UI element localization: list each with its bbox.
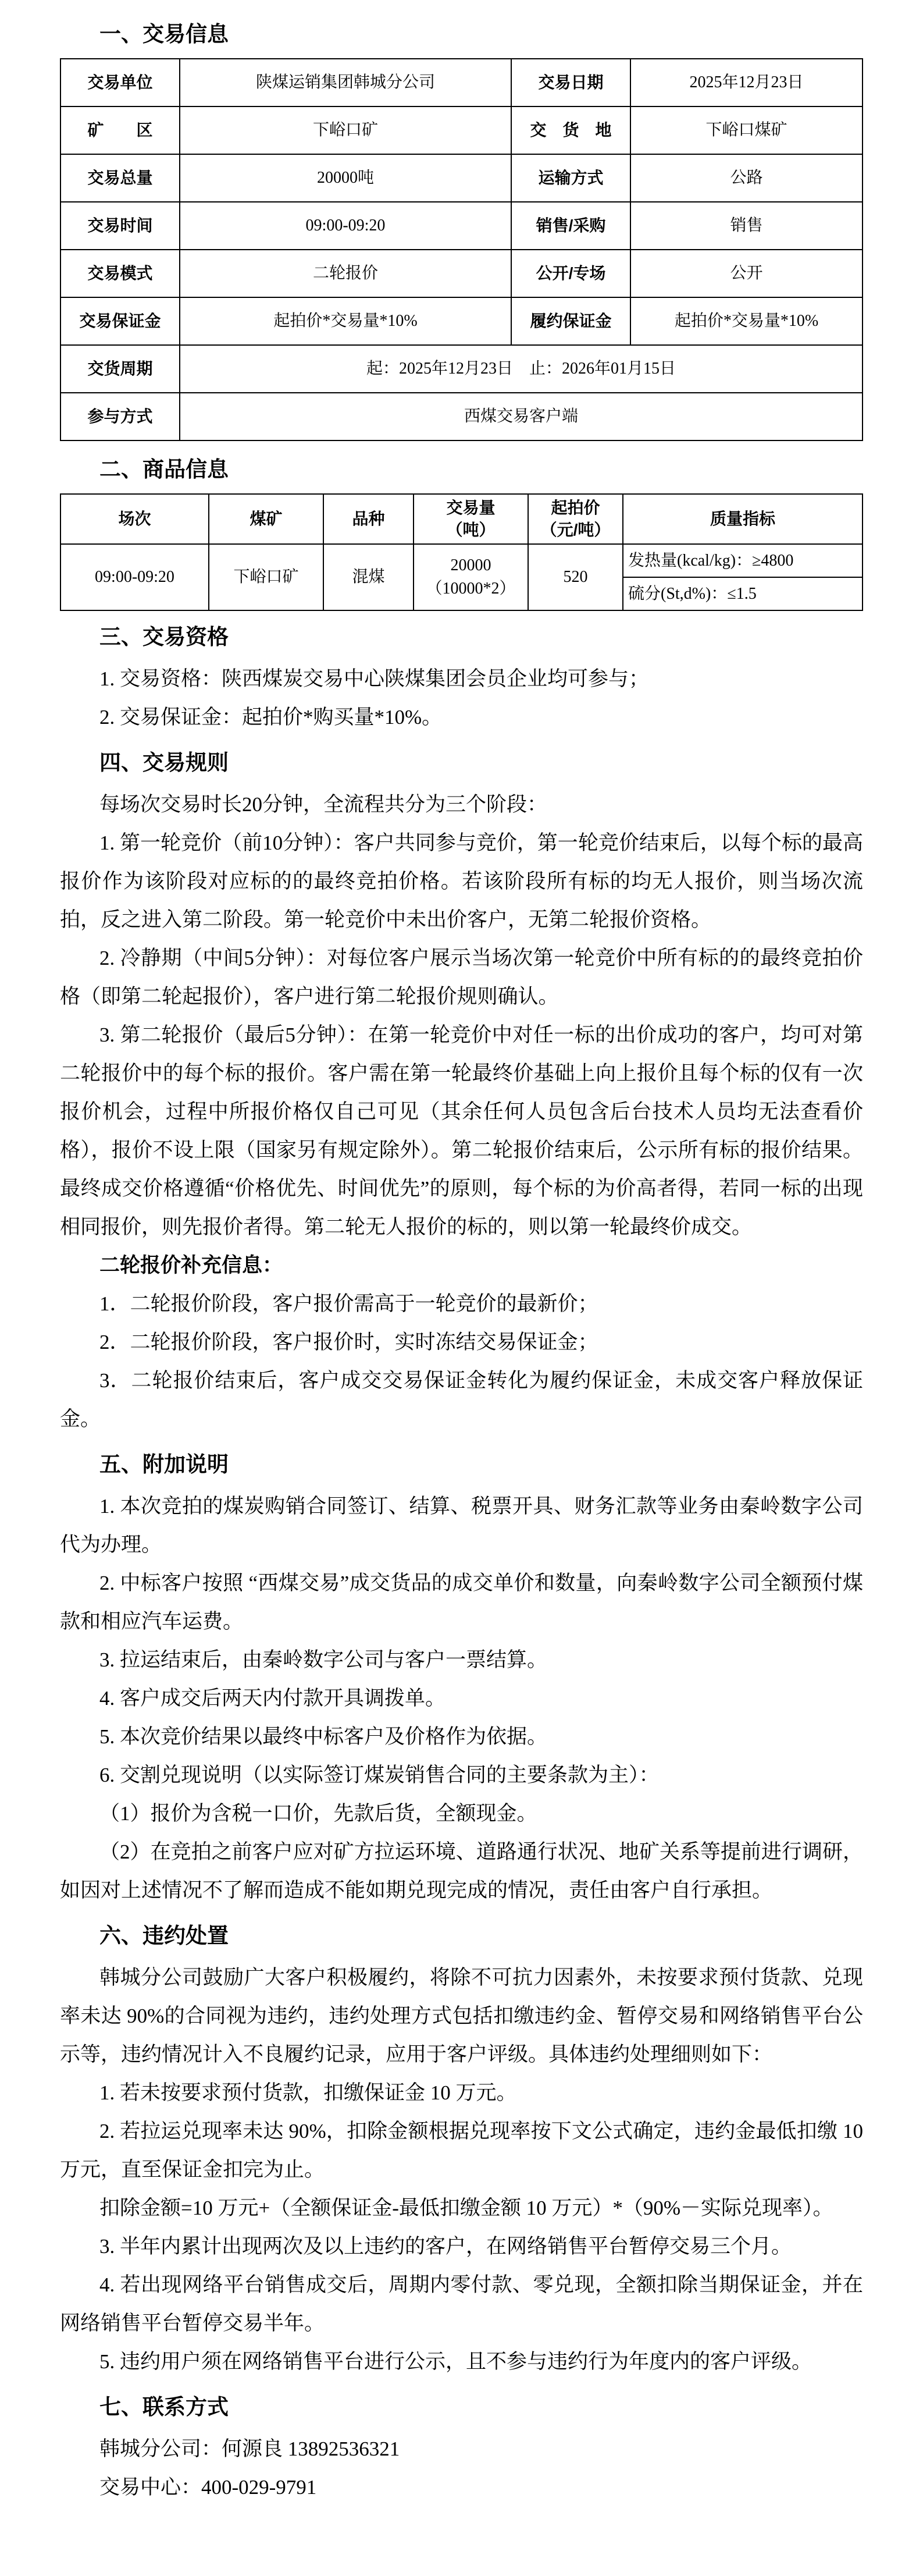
cell-mine: 下峪口矿 — [209, 544, 323, 610]
cell-volume-main: 20000 — [414, 554, 528, 577]
label-mine-area: 矿 区 — [60, 106, 180, 154]
value-open-or-special: 公开 — [630, 250, 863, 297]
heading-commodity-info: 二、商品信息 — [60, 452, 863, 488]
table-row: 交易保证金 起拍价*交易量*10% 履约保证金 起拍价*交易量*10% — [60, 297, 863, 345]
value-trade-time: 09:00-09:20 — [180, 202, 511, 250]
cell-session: 09:00-09:20 — [60, 544, 209, 610]
notes-item-6-sub-2: （2）在竞拍之前客户应对矿方拉运环境、道路通行状况、地矿关系等提前进行调研，如因… — [60, 1833, 863, 1910]
heading-additional-notes: 五、附加说明 — [60, 1447, 863, 1483]
rules-intro: 每场次交易时长20分钟，全流程共分为三个阶段： — [60, 786, 863, 824]
notes-item-6: 6. 交割兑现说明（以实际签订煤炭销售合同的主要条款为主）： — [60, 1756, 863, 1795]
label-trade-date: 交易日期 — [511, 59, 630, 106]
label-participation-method: 参与方式 — [60, 393, 180, 440]
table-row: 交易总量 20000吨 运输方式 公路 — [60, 154, 863, 202]
heading-contact-info: 七、联系方式 — [60, 2389, 863, 2425]
label-trade-unit: 交易单位 — [60, 59, 180, 106]
label-delivery-period: 交货周期 — [60, 345, 180, 393]
commodity-header-row: 场次 煤矿 品种 交易量 （吨） 起拍价 （元/吨） 质量指标 — [60, 494, 863, 544]
value-delivery-period: 起：2025年12月23日 止：2026年01月15日 — [180, 345, 863, 393]
heading-trade-qualification: 三、交易资格 — [60, 619, 863, 655]
value-transport-mode: 公路 — [630, 154, 863, 202]
rules-item-1-first-round: 1. 第一轮竞价（前10分钟）：客户共同参与竞价，第一轮竞价结束后，以每个标的最… — [60, 824, 863, 939]
label-trade-deposit: 交易保证金 — [60, 297, 180, 345]
qualification-item-2: 2. 交易保证金：起拍价*购买量*10%。 — [60, 698, 863, 737]
header-volume: 交易量 （吨） — [414, 494, 528, 544]
default-item-4: 4. 若出现网络平台销售成交后，周期内零付款、零兑现，全额扣除当期保证金，并在网… — [60, 2266, 863, 2343]
value-mine-area: 下峪口矿 — [180, 106, 511, 154]
cell-variety: 混煤 — [323, 544, 414, 610]
default-item-5: 5. 违约用户须在网络销售平台进行公示，且不参与违约行为年度内的客户评级。 — [60, 2343, 863, 2381]
header-variety: 品种 — [323, 494, 414, 544]
transaction-info-table: 交易单位 陕煤运销集团韩城分公司 交易日期 2025年12月23日 矿 区 下峪… — [60, 58, 863, 441]
supplement-item-1: 1．二轮报价阶段，客户报价需高于一轮竞价的最新价； — [60, 1285, 863, 1323]
label-performance-deposit: 履约保证金 — [511, 297, 630, 345]
cell-start-price: 520 — [528, 544, 623, 610]
cell-quality-index: 发热量(kcal/kg)：≥4800 硫分(St,d%)：≤1.5 — [623, 544, 863, 610]
header-start-price: 起拍价 （元/吨） — [528, 494, 623, 544]
second-round-supplement-heading: 二轮报价补充信息： — [60, 1246, 863, 1285]
label-trade-time: 交易时间 — [60, 202, 180, 250]
label-open-or-special: 公开/专场 — [511, 250, 630, 297]
header-start-price-line1: 起拍价 — [529, 497, 622, 519]
label-sale-or-purchase: 销售/采购 — [511, 202, 630, 250]
default-intro: 韩城分公司鼓励广大客户积极履约，将除不可抗力因素外，未按要求预付货款、兑现率未达… — [60, 1959, 863, 2074]
quality-sulfur-content: 硫分(St,d%)：≤1.5 — [623, 578, 862, 610]
notes-item-6-sub-1: （1）报价为含税一口价，先款后货，全额现金。 — [60, 1795, 863, 1833]
commodity-table: 场次 煤矿 品种 交易量 （吨） 起拍价 （元/吨） 质量指标 09:00-09… — [60, 493, 863, 611]
table-row: 参与方式 西煤交易客户端 — [60, 393, 863, 440]
contact-trade-center: 交易中心：400-029-9791 — [60, 2468, 863, 2507]
value-participation-method: 西煤交易客户端 — [180, 393, 863, 440]
table-row: 矿 区 下峪口矿 交 货 地 下峪口煤矿 — [60, 106, 863, 154]
commodity-data-row: 09:00-09:20 下峪口矿 混煤 20000 （10000*2） 520 … — [60, 544, 863, 610]
cell-volume: 20000 （10000*2） — [414, 544, 528, 610]
notes-item-2: 2. 中标客户按照 “西煤交易”成交货品的成交单价和数量，向秦岭数字公司全额预付… — [60, 1564, 863, 1641]
header-quality-index: 质量指标 — [623, 494, 863, 544]
heading-default-handling: 六、违约处置 — [60, 1918, 863, 1954]
value-delivery-place: 下峪口煤矿 — [630, 106, 863, 154]
label-transport-mode: 运输方式 — [511, 154, 630, 202]
header-volume-line2: （吨） — [414, 519, 528, 541]
value-trade-date: 2025年12月23日 — [630, 59, 863, 106]
rules-item-2-cooling-period: 2. 冷静期（中间5分钟）：对每位客户展示当场次第一轮竞价中所有标的的最终竞拍价… — [60, 939, 863, 1016]
table-row: 交货周期 起：2025年12月23日 止：2026年01月15日 — [60, 345, 863, 393]
default-item-2: 2. 若拉运兑现率未达 90%，扣除金额根据兑现率按下文公式确定，违约金最低扣缴… — [60, 2112, 863, 2189]
value-trade-unit: 陕煤运销集团韩城分公司 — [180, 59, 511, 106]
table-row: 交易时间 09:00-09:20 销售/采购 销售 — [60, 202, 863, 250]
heading-transaction-info: 一、交易信息 — [60, 16, 863, 52]
qualification-item-1: 1. 交易资格：陕西煤炭交易中心陕煤集团会员企业均可参与； — [60, 660, 863, 698]
notes-item-4: 4. 客户成交后两天内付款开具调拨单。 — [60, 1679, 863, 1718]
rules-item-3-second-round: 3. 第二轮报价（最后5分钟）：在第一轮竞价中对任一标的出价成功的客户，均可对第… — [60, 1016, 863, 1246]
quality-calorific-value: 发热量(kcal/kg)：≥4800 — [623, 545, 862, 578]
header-mine: 煤矿 — [209, 494, 323, 544]
value-trade-deposit: 起拍价*交易量*10% — [180, 297, 511, 345]
table-row: 交易单位 陕煤运销集团韩城分公司 交易日期 2025年12月23日 — [60, 59, 863, 106]
default-item-3: 3. 半年内累计出现两次及以上违约的客户，在网络销售平台暂停交易三个月。 — [60, 2227, 863, 2266]
value-performance-deposit: 起拍价*交易量*10% — [630, 297, 863, 345]
notes-item-3: 3. 拉运结束后，由秦岭数字公司与客户一票结算。 — [60, 1641, 863, 1679]
default-deduction-formula: 扣除金额=10 万元+（全额保证金-最低扣缴金额 10 万元）*（90%－实际兑… — [60, 2189, 863, 2227]
table-row: 交易模式 二轮报价 公开/专场 公开 — [60, 250, 863, 297]
label-trade-mode: 交易模式 — [60, 250, 180, 297]
heading-trade-rules: 四、交易规则 — [60, 745, 863, 781]
supplement-item-2: 2．二轮报价阶段，客户报价时，实时冻结交易保证金； — [60, 1323, 863, 1362]
contact-hancheng-branch: 韩城分公司：何源良 13892536321 — [60, 2430, 863, 2468]
header-start-price-line2: （元/吨） — [529, 519, 622, 541]
label-total-volume: 交易总量 — [60, 154, 180, 202]
header-session: 场次 — [60, 494, 209, 544]
notes-item-5: 5. 本次竞价结果以最终中标客户及价格作为依据。 — [60, 1718, 863, 1756]
coal-trade-notice-document: 一、交易信息 交易单位 陕煤运销集团韩城分公司 交易日期 2025年12月23日… — [0, 0, 923, 2576]
notes-item-1: 1. 本次竞拍的煤炭购销合同签订、结算、税票开具、财务汇款等业务由秦岭数字公司代… — [60, 1487, 863, 1564]
header-volume-line1: 交易量 — [414, 497, 528, 519]
label-delivery-place: 交 货 地 — [511, 106, 630, 154]
supplement-item-3: 3．二轮报价结束后，客户成交交易保证金转化为履约保证金，未成交客户释放保证金。 — [60, 1362, 863, 1438]
value-sale-or-purchase: 销售 — [630, 202, 863, 250]
default-item-1: 1. 若未按要求预付货款，扣缴保证金 10 万元。 — [60, 2074, 863, 2112]
value-trade-mode: 二轮报价 — [180, 250, 511, 297]
cell-volume-sub: （10000*2） — [414, 577, 528, 601]
value-total-volume: 20000吨 — [180, 154, 511, 202]
